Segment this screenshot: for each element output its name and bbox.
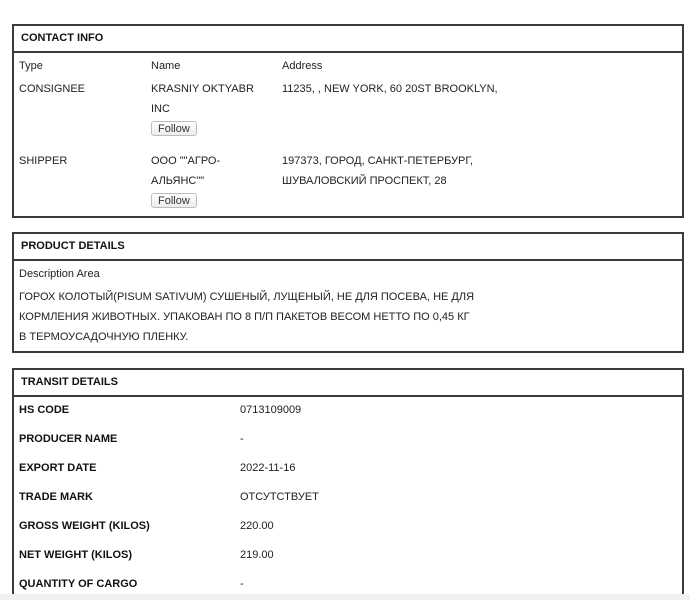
transit-row-gross-weight: GROSS WEIGHT (KILOS) 220.00: [14, 513, 682, 542]
transit-value: 220.00: [240, 520, 274, 532]
transit-value: -: [240, 578, 244, 590]
header-type: Type: [19, 56, 43, 76]
follow-button[interactable]: Follow: [151, 193, 197, 208]
transit-row-trade-mark: TRADE MARK ОТСУТСТВУЕТ: [14, 484, 682, 513]
bottom-bar: [0, 594, 690, 600]
transit-label: NET WEIGHT (KILOS): [19, 549, 132, 561]
transit-value: 219.00: [240, 549, 274, 561]
transit-row-producer-name: PRODUCER NAME -: [14, 426, 682, 455]
contact-name: ООО ""АГРО- АЛЬЯНС"" Follow: [151, 151, 271, 211]
contact-header-row: Type Name Address: [14, 53, 682, 79]
transit-label: GROSS WEIGHT (KILOS): [19, 520, 150, 532]
follow-button[interactable]: Follow: [151, 121, 197, 136]
contact-name-line1: KRASNIY OKTYABR: [151, 79, 271, 99]
transit-details-title: TRANSIT DETAILS: [14, 370, 682, 397]
transit-row-hs-code: HS CODE 0713109009: [14, 397, 682, 426]
contact-address-line2: ШУВАЛОВСКИЙ ПРОСПЕКТ, 28: [282, 171, 542, 191]
contact-name-line2: АЛЬЯНС"": [151, 171, 271, 191]
transit-row-net-weight: NET WEIGHT (KILOS) 219.00: [14, 542, 682, 571]
transit-value: 2022-11-16: [240, 462, 295, 474]
transit-label: PRODUCER NAME: [19, 433, 117, 445]
contact-type: CONSIGNEE: [19, 79, 85, 99]
contact-address: 197373, ГОРОД, САНКТ-ПЕТЕРБУРГ, ШУВАЛОВС…: [282, 151, 542, 191]
transit-value: -: [240, 433, 244, 445]
contact-row-consignee: CONSIGNEE KRASNIY OKTYABR INC Follow 112…: [14, 79, 682, 151]
contact-name-line1: ООО ""АГРО-: [151, 151, 271, 171]
description-label: Description Area: [14, 261, 682, 281]
product-details-title: PRODUCT DETAILS: [14, 234, 682, 261]
transit-label: HS CODE: [19, 404, 69, 416]
transit-value: ОТСУТСТВУЕТ: [240, 491, 319, 503]
contact-name: KRASNIY OKTYABR INC Follow: [151, 79, 271, 139]
transit-label: EXPORT DATE: [19, 462, 96, 474]
transit-row-export-date: EXPORT DATE 2022-11-16: [14, 455, 682, 484]
header-name: Name: [151, 56, 271, 76]
product-details-panel: PRODUCT DETAILS Description Area ГОРОХ К…: [12, 232, 684, 353]
header-address: Address: [282, 56, 542, 76]
contact-info-panel: CONTACT INFO Type Name Address CONSIGNEE…: [12, 24, 684, 218]
contact-row-shipper: SHIPPER ООО ""АГРО- АЛЬЯНС"" Follow 1973…: [14, 151, 682, 217]
transit-label: QUANTITY OF CARGO: [19, 578, 137, 590]
contact-address: 11235, , NEW YORK, 60 20ST BROOKLYN,: [282, 79, 542, 99]
description-text: ГОРОХ КОЛОТЫЙ(PISUM SATIVUM) СУШЕНЫЙ, ЛУ…: [14, 281, 484, 347]
contact-name-line2: INC: [151, 99, 271, 119]
contact-address-line1: 197373, ГОРОД, САНКТ-ПЕТЕРБУРГ,: [282, 151, 542, 171]
transit-label: TRADE MARK: [19, 491, 93, 503]
contact-address-line1: 11235, , NEW YORK, 60 20ST BROOKLYN,: [282, 79, 542, 99]
contact-type: SHIPPER: [19, 151, 67, 171]
transit-value: 0713109009: [240, 404, 301, 416]
transit-details-panel: TRANSIT DETAILS HS CODE 0713109009 PRODU…: [12, 368, 684, 600]
contact-info-title: CONTACT INFO: [14, 26, 682, 53]
